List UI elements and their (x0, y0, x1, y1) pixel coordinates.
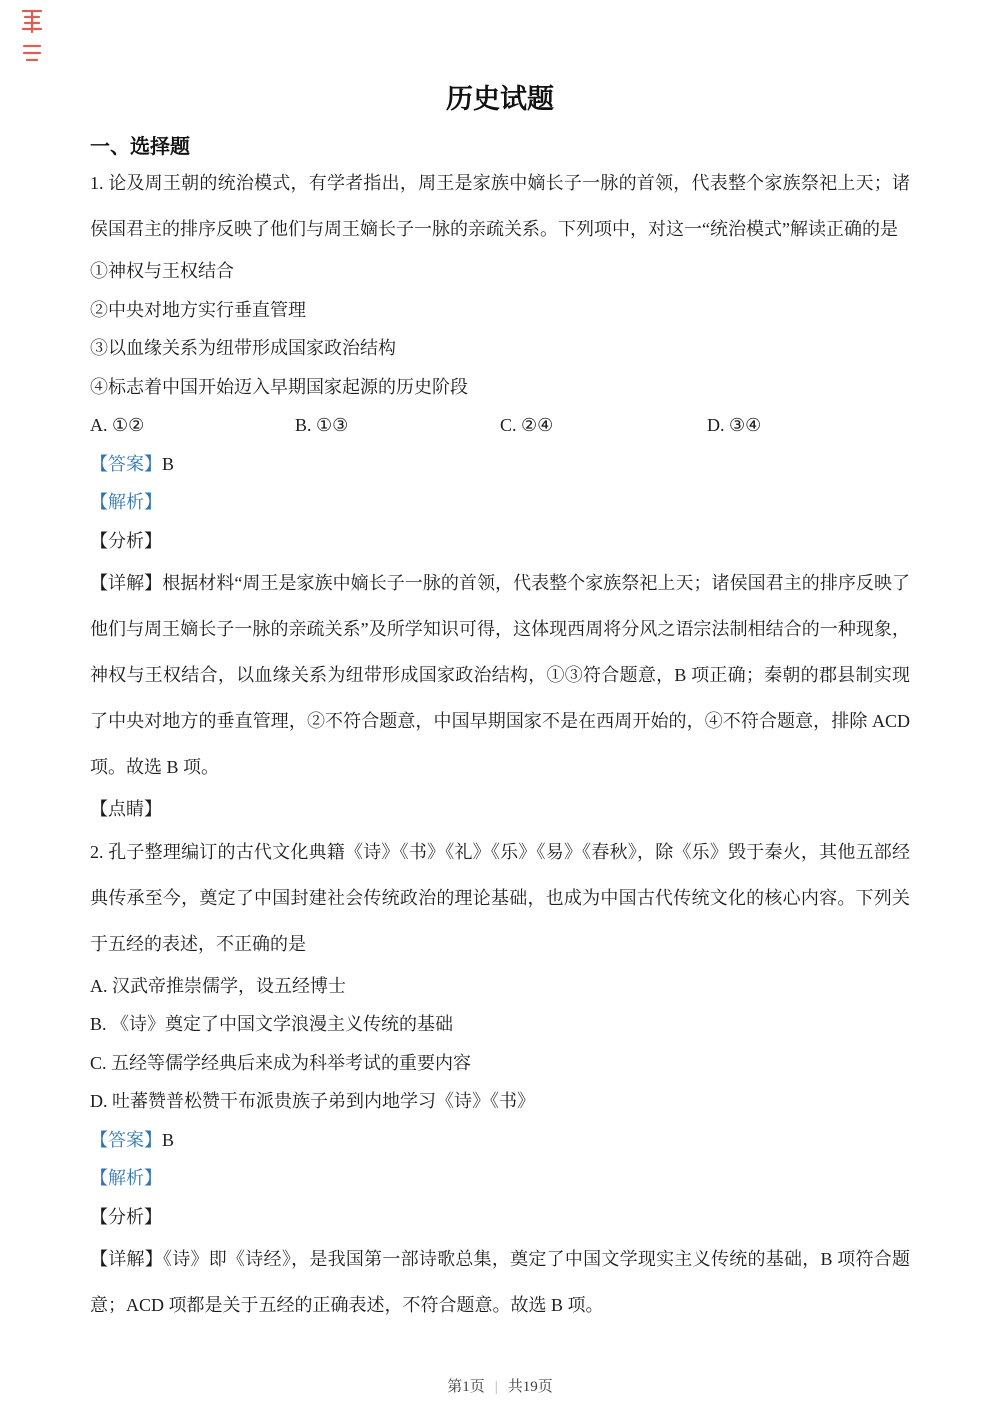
question-2-option-b: B. 《诗》奠定了中国文学浪漫主义传统的基础 (90, 1005, 910, 1044)
answer-label: 【答案】 (90, 454, 162, 474)
question-1-statement-1: ①神权与王权结合 (90, 252, 910, 291)
question-1-fenxi-label: 【分析】 (90, 522, 910, 561)
answer-value: B (162, 454, 174, 474)
question-1-statement-2: ②中央对地方实行垂直管理 (90, 291, 910, 330)
question-1-stem: 1. 论及周王朝的统治模式，有学者指出，周王是家族中嫡长子一脉的首领，代表整个家… (90, 160, 910, 252)
question-2-option-d: D. 吐蕃赞普松赞干布派贵族子弟到内地学习《诗》《书》 (90, 1082, 910, 1121)
question-2-jiexi-label: 【解析】 (90, 1159, 910, 1198)
question-1-detail: 【详解】根据材料“周王是家族中嫡长子一脉的首领，代表整个家族祭祀上天；诸侯国君主… (90, 560, 910, 790)
question-1-options: A. ①② B. ①③ C. ②④ D. ③④ (90, 406, 910, 445)
answer-label: 【答案】 (90, 1130, 162, 1150)
question-2-option-c: C. 五经等儒学经典后来成为科举考试的重要内容 (90, 1044, 910, 1083)
detail-text: 《诗》即《诗经》，是我国第一部诗歌总集，奠定了中国文学现实主义传统的基础，B 项… (90, 1249, 910, 1315)
footer-total-pages: 共19页 (508, 1379, 553, 1395)
question-1-option-d: D. ③④ (707, 406, 910, 445)
question-1-option-b: B. ①③ (295, 406, 500, 445)
answer-value: B (162, 1130, 174, 1150)
question-2-detail: 【详解】《诗》即《诗经》，是我国第一部诗歌总集，奠定了中国文学现实主义传统的基础… (90, 1236, 910, 1328)
document-page: 历史试题 一、选择题 1. 论及周王朝的统治模式，有学者指出，周王是家族中嫡长子… (0, 0, 1000, 1414)
question-1-option-c: C. ②④ (500, 406, 707, 445)
detail-label: 【详解】 (90, 573, 162, 593)
detail-label: 【详解】 (90, 1249, 163, 1269)
detail-text: 根据材料“周王是家族中嫡长子一脉的首领，代表整个家族祭祀上天；诸侯国君主的排序反… (90, 573, 910, 777)
question-1-answer-row: 【答案】B (90, 445, 910, 484)
question-2-answer-row: 【答案】B (90, 1121, 910, 1160)
question-2-option-a: A. 汉武帝推崇儒学，设五经博士 (90, 967, 910, 1006)
document-content: 历史试题 一、选择题 1. 论及周王朝的统治模式，有学者指出，周王是家族中嫡长子… (0, 82, 1000, 1328)
question-1-jiexi-label: 【解析】 (90, 483, 910, 522)
question-1-dianjing-label: 【点睛】 (90, 790, 910, 829)
question-1-statement-4: ④标志着中国开始迈入早期国家起源的历史阶段 (90, 368, 910, 407)
section-heading: 一、选择题 (90, 134, 910, 160)
page-title: 历史试题 (90, 82, 910, 116)
question-2-fenxi-label: 【分析】 (90, 1198, 910, 1237)
red-stamp-mark (20, 8, 44, 64)
footer-page-number: 第1页 (447, 1379, 485, 1395)
question-1-option-a: A. ①② (90, 406, 295, 445)
question-1-statement-3: ③以血缘关系为纽带形成国家政治结构 (90, 329, 910, 368)
footer-separator: | (485, 1379, 508, 1395)
question-2-stem: 2. 孔子整理编订的古代文化典籍《诗》《书》《礼》《乐》《易》《春秋》，除《乐》… (90, 829, 910, 967)
page-footer: 第1页|共19页 (0, 1372, 1000, 1402)
